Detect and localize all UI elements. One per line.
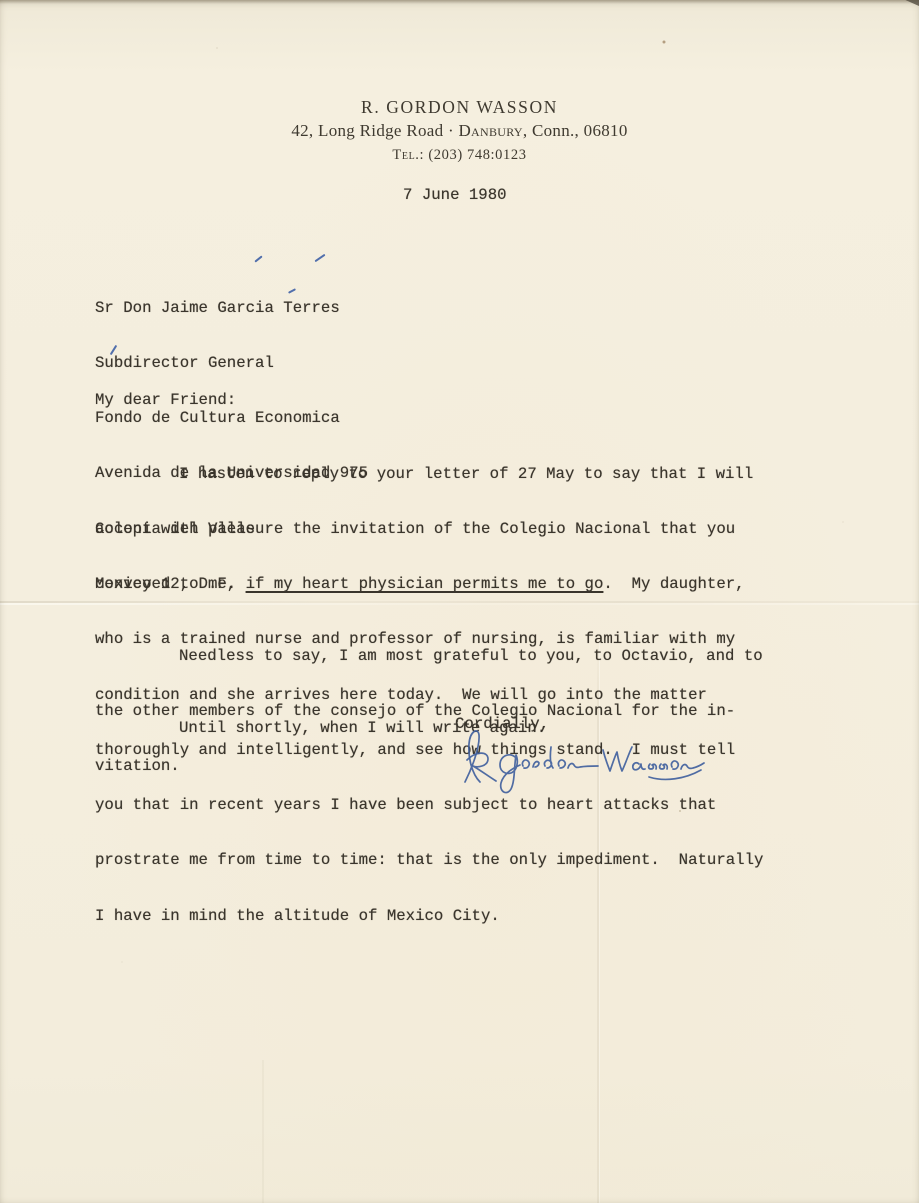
- letterhead-address: 42, Long Ridge Road · Danbury, Conn., 06…: [0, 121, 919, 141]
- body-line: accept with pleasure the invitation of t…: [95, 520, 763, 538]
- recipient-line: Fondo de Cultura Economica: [95, 409, 368, 427]
- letterhead-name: R. GORDON WASSON: [0, 97, 919, 118]
- body-line: Needless to say, I am most grateful to y…: [95, 647, 763, 665]
- body-text: conveyed to me,: [95, 575, 246, 593]
- body-text: . My daughter,: [603, 575, 744, 593]
- body-line: I hasten to reply to your letter of 27 M…: [95, 465, 763, 483]
- letterhead-address-state-zip: , Conn., 06810: [523, 121, 628, 140]
- letterhead-address-city: Danbury: [458, 121, 522, 140]
- scan-top-edge: [0, 0, 919, 4]
- paper-specks: [0, 0, 2, 2]
- salutation: My dear Friend:: [95, 391, 236, 409]
- pen-accent-icon: [288, 288, 296, 294]
- body-line: conveyed to me, if my heart physician pe…: [95, 575, 763, 593]
- fold-crease-vertical-faint: [262, 1060, 264, 1203]
- pen-accent-icon: [254, 255, 262, 262]
- letterhead-telephone: Tel.: (203) 748:0123: [0, 147, 919, 164]
- underlined-phrase: if my heart physician permits me to go: [246, 575, 604, 593]
- body-line: I have in mind the altitude of Mexico Ci…: [95, 907, 763, 925]
- body-line: prostrate me from time to time: that is …: [95, 851, 763, 869]
- letter-date: 7 June 1980: [403, 186, 507, 204]
- pen-accent-icon: [315, 254, 326, 263]
- letterhead-address-street: 42, Long Ridge Road ·: [291, 121, 458, 140]
- recipient-line: Subdirector General: [95, 354, 368, 372]
- recipient-line: Sr Don Jaime Garcia Terres: [95, 299, 368, 317]
- handwritten-signature: [453, 720, 708, 798]
- letter-page: R. GORDON WASSON 42, Long Ridge Road · D…: [0, 0, 919, 1203]
